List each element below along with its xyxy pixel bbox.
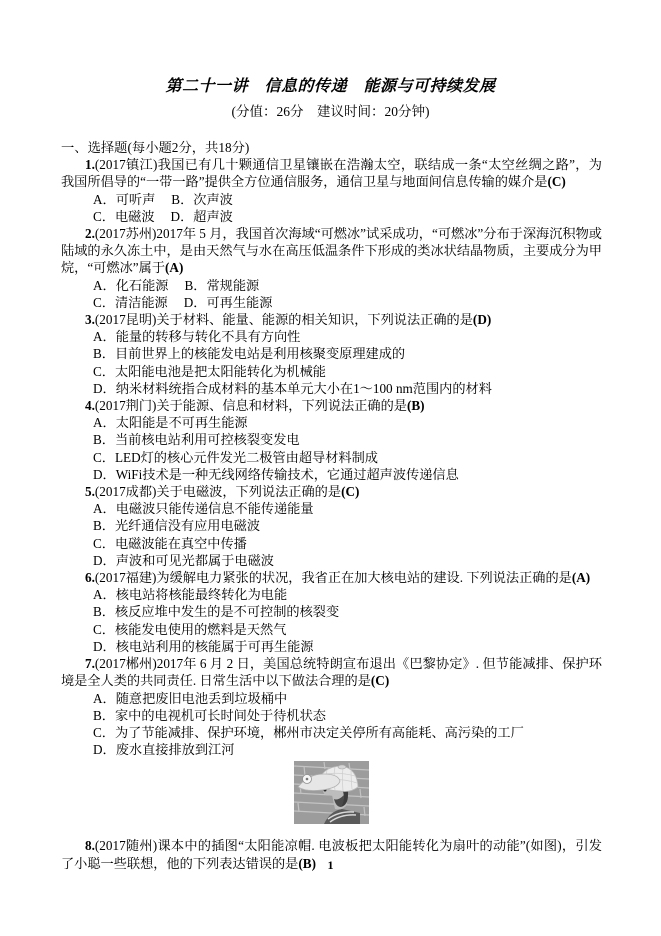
- option: A．能量的转移与转化不具有方向性: [93, 328, 300, 345]
- option-row: C．电磁波D．超声波: [93, 208, 602, 225]
- answer-letter: (A): [572, 570, 590, 585]
- answer-letter: (D): [473, 312, 491, 327]
- option: A．电磁波只能传递信息不能传递能量: [93, 500, 314, 517]
- options: A．能量的转移与转化不具有方向性B．目前世界上的核能发电站是利用核聚变原理建成的…: [61, 328, 602, 397]
- question-text: (2017荆门)关于能源、信息和材料，下列说法正确的是: [95, 398, 407, 413]
- option-row: D．声波和可见光都属于电磁波: [93, 552, 602, 569]
- option-row: C．电磁波能在真空中传播: [93, 535, 602, 552]
- option-row: B．当前核电站利用可控核裂变发电: [93, 431, 602, 448]
- question-block: 1.(2017镇江)我国已有几十颗通信卫星镶嵌在浩瀚太空，联结成一条“太空丝绸之…: [61, 156, 602, 225]
- question-list: 1.(2017镇江)我国已有几十颗通信卫星镶嵌在浩瀚太空，联结成一条“太空丝绸之…: [61, 156, 602, 758]
- question-block: 5.(2017成都)关于电磁波，下列说法正确的是(C) A．电磁波只能传递信息不…: [61, 483, 602, 569]
- question-number: 5.: [85, 484, 95, 499]
- option: C．电磁波能在真空中传播: [93, 535, 247, 552]
- option-row: A．化石能源B．常规能源: [93, 277, 602, 294]
- question-block: 6.(2017福建)为缓解电力紧张的状况，我省正在加大核电站的建设. 下列说法正…: [61, 569, 602, 655]
- score-time-info: (分值：26分 建议时间：20分钟): [0, 103, 661, 121]
- options: A．太阳能是不可再生能源B．当前核电站利用可控核裂变发电C．LED灯的核心元件发…: [61, 414, 602, 483]
- option: C．为了节能减排、保护环境，郴州市决定关停所有高能耗、高污染的工厂: [93, 724, 524, 741]
- option: A．可听声: [93, 191, 155, 208]
- question-text: (2017福建)为缓解电力紧张的状况，我省正在加大核电站的建设. 下列说法正确的…: [95, 570, 572, 585]
- option-row: D．核电站利用的核能属于可再生能源: [93, 638, 602, 655]
- option: B．常规能源: [184, 277, 259, 294]
- question-text: (2017成都)关于电磁波，下列说法正确的是: [95, 484, 341, 499]
- option: C．核能发电使用的燃料是天然气: [93, 621, 286, 638]
- exam-page: 第二十一讲 信息的传递 能源与可持续发展 (分值：26分 建议时间：20分钟) …: [0, 0, 661, 936]
- question-stem: 1.(2017镇江)我国已有几十颗通信卫星镶嵌在浩瀚太空，联结成一条“太空丝绸之…: [61, 156, 602, 190]
- option-row: A．太阳能是不可再生能源: [93, 414, 602, 431]
- question-number: 1.: [85, 157, 95, 172]
- question-text: (2017郴州)2017年 6 月 2 日，美国总统特朗宣布退出《巴黎协定》. …: [61, 656, 602, 688]
- option: B．目前世界上的核能发电站是利用核聚变原理建成的: [93, 345, 405, 362]
- option: D．可再生能源: [184, 294, 273, 311]
- question-stem: 3.(2017昆明)关于材料、能量、能源的相关知识，下列说法正确的是(D): [61, 311, 602, 328]
- answer-letter: (C): [371, 673, 389, 688]
- options: A．可听声B．次声波C．电磁波D．超声波: [61, 191, 602, 225]
- question-stem: 2.(2017苏州)2017年 5 月，我国首次海域“可燃冰”试采成功，“可燃冰…: [61, 225, 602, 277]
- option: D．WiFi技术是一种无线网络传输技术，它通过超声波传递信息: [93, 466, 459, 483]
- solar-cap-photo: [294, 761, 369, 824]
- option-row: B．核反应堆中发生的是不可控制的核裂变: [93, 603, 602, 620]
- question-text: (2017镇江)我国已有几十颗通信卫星镶嵌在浩瀚太空，联结成一条“太空丝绸之路”…: [61, 157, 602, 189]
- option-row: A．随意把废旧电池丢到垃圾桶中: [93, 690, 602, 707]
- page-title: 第二十一讲 信息的传递 能源与可持续发展: [0, 76, 661, 98]
- option: C．清洁能源: [93, 294, 168, 311]
- option-row: D．WiFi技术是一种无线网络传输技术，它通过超声波传递信息: [93, 466, 602, 483]
- option-row: D．纳米材料统指合成材料的基本单元大小在1～100 nm范围内的材料: [93, 380, 602, 397]
- option: C．LED灯的核心元件发光二极管由超导材料制成: [93, 449, 378, 466]
- option: A．核电站将核能最终转化为电能: [93, 586, 287, 603]
- question-block: 3.(2017昆明)关于材料、能量、能源的相关知识，下列说法正确的是(D) A．…: [61, 311, 602, 397]
- option: D．超声波: [171, 208, 233, 225]
- option: D．纳米材料统指合成材料的基本单元大小在1～100 nm范围内的材料: [93, 380, 492, 397]
- option-row: A．能量的转移与转化不具有方向性: [93, 328, 602, 345]
- options: A．随意把废旧电池丢到垃圾桶中B．家中的电视机可长时间处于待机状态C．为了节能减…: [61, 690, 602, 759]
- option: D．声波和可见光都属于电磁波: [93, 552, 274, 569]
- answer-letter: (C): [547, 174, 565, 189]
- option-row: A．电磁波只能传递信息不能传递能量: [93, 500, 602, 517]
- option-row: A．可听声B．次声波: [93, 191, 602, 208]
- option: C．电磁波: [93, 208, 155, 225]
- option-row: C．LED灯的核心元件发光二极管由超导材料制成: [93, 449, 602, 466]
- option: B．当前核电站利用可控核裂变发电: [93, 431, 300, 448]
- option: B．核反应堆中发生的是不可控制的核裂变: [93, 603, 339, 620]
- option: D．废水直接排放到江河: [93, 741, 234, 758]
- option-row: C．太阳能电池是把太阳能转化为机械能: [93, 363, 602, 380]
- question-stem: 4.(2017荆门)关于能源、信息和材料，下列说法正确的是(B): [61, 397, 602, 414]
- question-number: 3.: [85, 312, 95, 327]
- option-row: D．废水直接排放到江河: [93, 741, 602, 758]
- option: A．太阳能是不可再生能源: [93, 414, 248, 431]
- option-row: B．目前世界上的核能发电站是利用核聚变原理建成的: [93, 345, 602, 362]
- answer-letter: (A): [165, 260, 183, 275]
- question-text: (2017苏州)2017年 5 月，我国首次海域“可燃冰”试采成功，“可燃冰”分…: [61, 226, 602, 275]
- question-block: 7.(2017郴州)2017年 6 月 2 日，美国总统特朗宣布退出《巴黎协定》…: [61, 655, 602, 758]
- option-row: C．核能发电使用的燃料是天然气: [93, 621, 602, 638]
- answer-letter: (B): [407, 398, 425, 413]
- question-block: 4.(2017荆门)关于能源、信息和材料，下列说法正确的是(B) A．太阳能是不…: [61, 397, 602, 483]
- options: A．电磁波只能传递信息不能传递能量B．光纤通信没有应用电磁波C．电磁波能在真空中…: [61, 500, 602, 569]
- option: B．光纤通信没有应用电磁波: [93, 517, 260, 534]
- option: D．核电站利用的核能属于可再生能源: [93, 638, 314, 655]
- answer-letter: (C): [341, 484, 359, 499]
- option: A．化石能源: [93, 277, 168, 294]
- content-area: 一、选择题(每小题2分，共18分) 1.(2017镇江)我国已有几十颗通信卫星镶…: [61, 139, 602, 872]
- options: A．核电站将核能最终转化为电能B．核反应堆中发生的是不可控制的核裂变C．核能发电…: [61, 586, 602, 655]
- option: B．次声波: [171, 191, 233, 208]
- question-block: 2.(2017苏州)2017年 5 月，我国首次海域“可燃冰”试采成功，“可燃冰…: [61, 225, 602, 311]
- options: A．化石能源B．常规能源C．清洁能源D．可再生能源: [61, 277, 602, 311]
- option: A．随意把废旧电池丢到垃圾桶中: [93, 690, 287, 707]
- option-row: B．家中的电视机可长时间处于待机状态: [93, 707, 602, 724]
- option: B．家中的电视机可长时间处于待机状态: [93, 707, 326, 724]
- section-heading: 一、选择题(每小题2分，共18分): [61, 139, 602, 156]
- question-stem: 6.(2017福建)为缓解电力紧张的状况，我省正在加大核电站的建设. 下列说法正…: [61, 569, 602, 586]
- question-stem: 7.(2017郴州)2017年 6 月 2 日，美国总统特朗宣布退出《巴黎协定》…: [61, 655, 602, 689]
- question-number: 6.: [85, 570, 95, 585]
- question-number: 4.: [85, 398, 95, 413]
- option-row: A．核电站将核能最终转化为电能: [93, 586, 602, 603]
- question-stem: 5.(2017成都)关于电磁波，下列说法正确的是(C): [61, 483, 602, 500]
- question-number: 8.: [85, 838, 95, 853]
- question-number: 7.: [85, 656, 95, 671]
- figure-row: [61, 761, 602, 824]
- question-number: 2.: [85, 226, 95, 241]
- option-row: B．光纤通信没有应用电磁波: [93, 517, 602, 534]
- option-row: C．为了节能减排、保护环境，郴州市决定关停所有高能耗、高污染的工厂: [93, 724, 602, 741]
- option: C．太阳能电池是把太阳能转化为机械能: [93, 363, 326, 380]
- option-row: C．清洁能源D．可再生能源: [93, 294, 602, 311]
- page-number: 1: [0, 858, 661, 872]
- question-text: (2017昆明)关于材料、能量、能源的相关知识，下列说法正确的是: [95, 312, 473, 327]
